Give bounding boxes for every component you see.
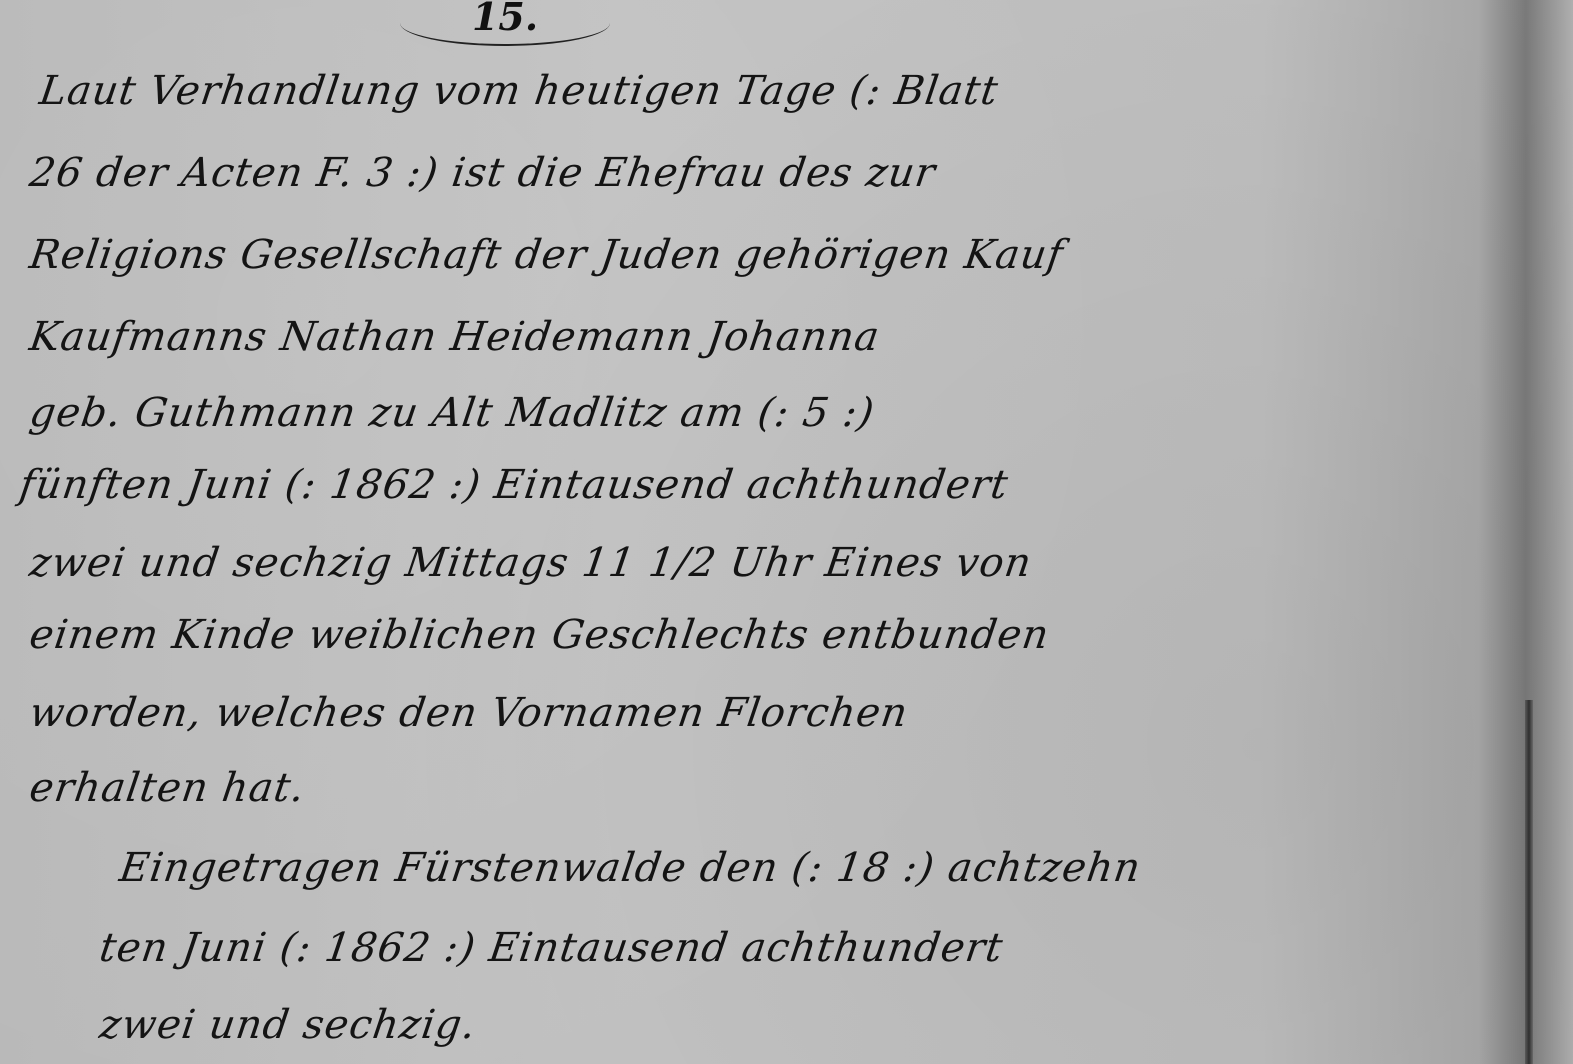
text-line: einem Kinde weiblichen Geschlechts entbu… xyxy=(27,612,1053,658)
text-line: ten Juni (: 1862 :) Eintausend achthunde… xyxy=(97,925,1006,971)
text-line: Laut Verhandlung vom heutigen Tage (: Bl… xyxy=(37,68,1002,114)
text-line: Eingetragen Fürstenwalde den (: 18 :) ac… xyxy=(117,845,1144,891)
text-line: Religions Gesellschaft der Juden gehörig… xyxy=(27,232,1067,278)
page-number: 15. xyxy=(400,0,610,46)
document-page: 15. Laut Verhandlung vom heutigen Tage (… xyxy=(0,0,1573,1064)
text-line: erhalten hat. xyxy=(27,765,308,811)
binding-shadow xyxy=(1525,700,1533,1064)
text-line: Kaufmanns Nathan Heidemann Johanna xyxy=(27,314,883,360)
text-line: zwei und sechzig Mittags 11 1/2 Uhr Eine… xyxy=(27,540,1035,586)
text-line: worden, welches den Vornamen Florchen xyxy=(27,690,911,736)
text-line: 26 der Acten F. 3 :) ist die Ehefrau des… xyxy=(27,150,939,196)
text-line: fünften Juni (: 1862 :) Eintausend achth… xyxy=(17,462,1012,508)
text-line: geb. Guthmann zu Alt Madlitz am (: 5 :) xyxy=(27,390,878,436)
text-line: zwei und sechzig. xyxy=(97,1002,479,1048)
